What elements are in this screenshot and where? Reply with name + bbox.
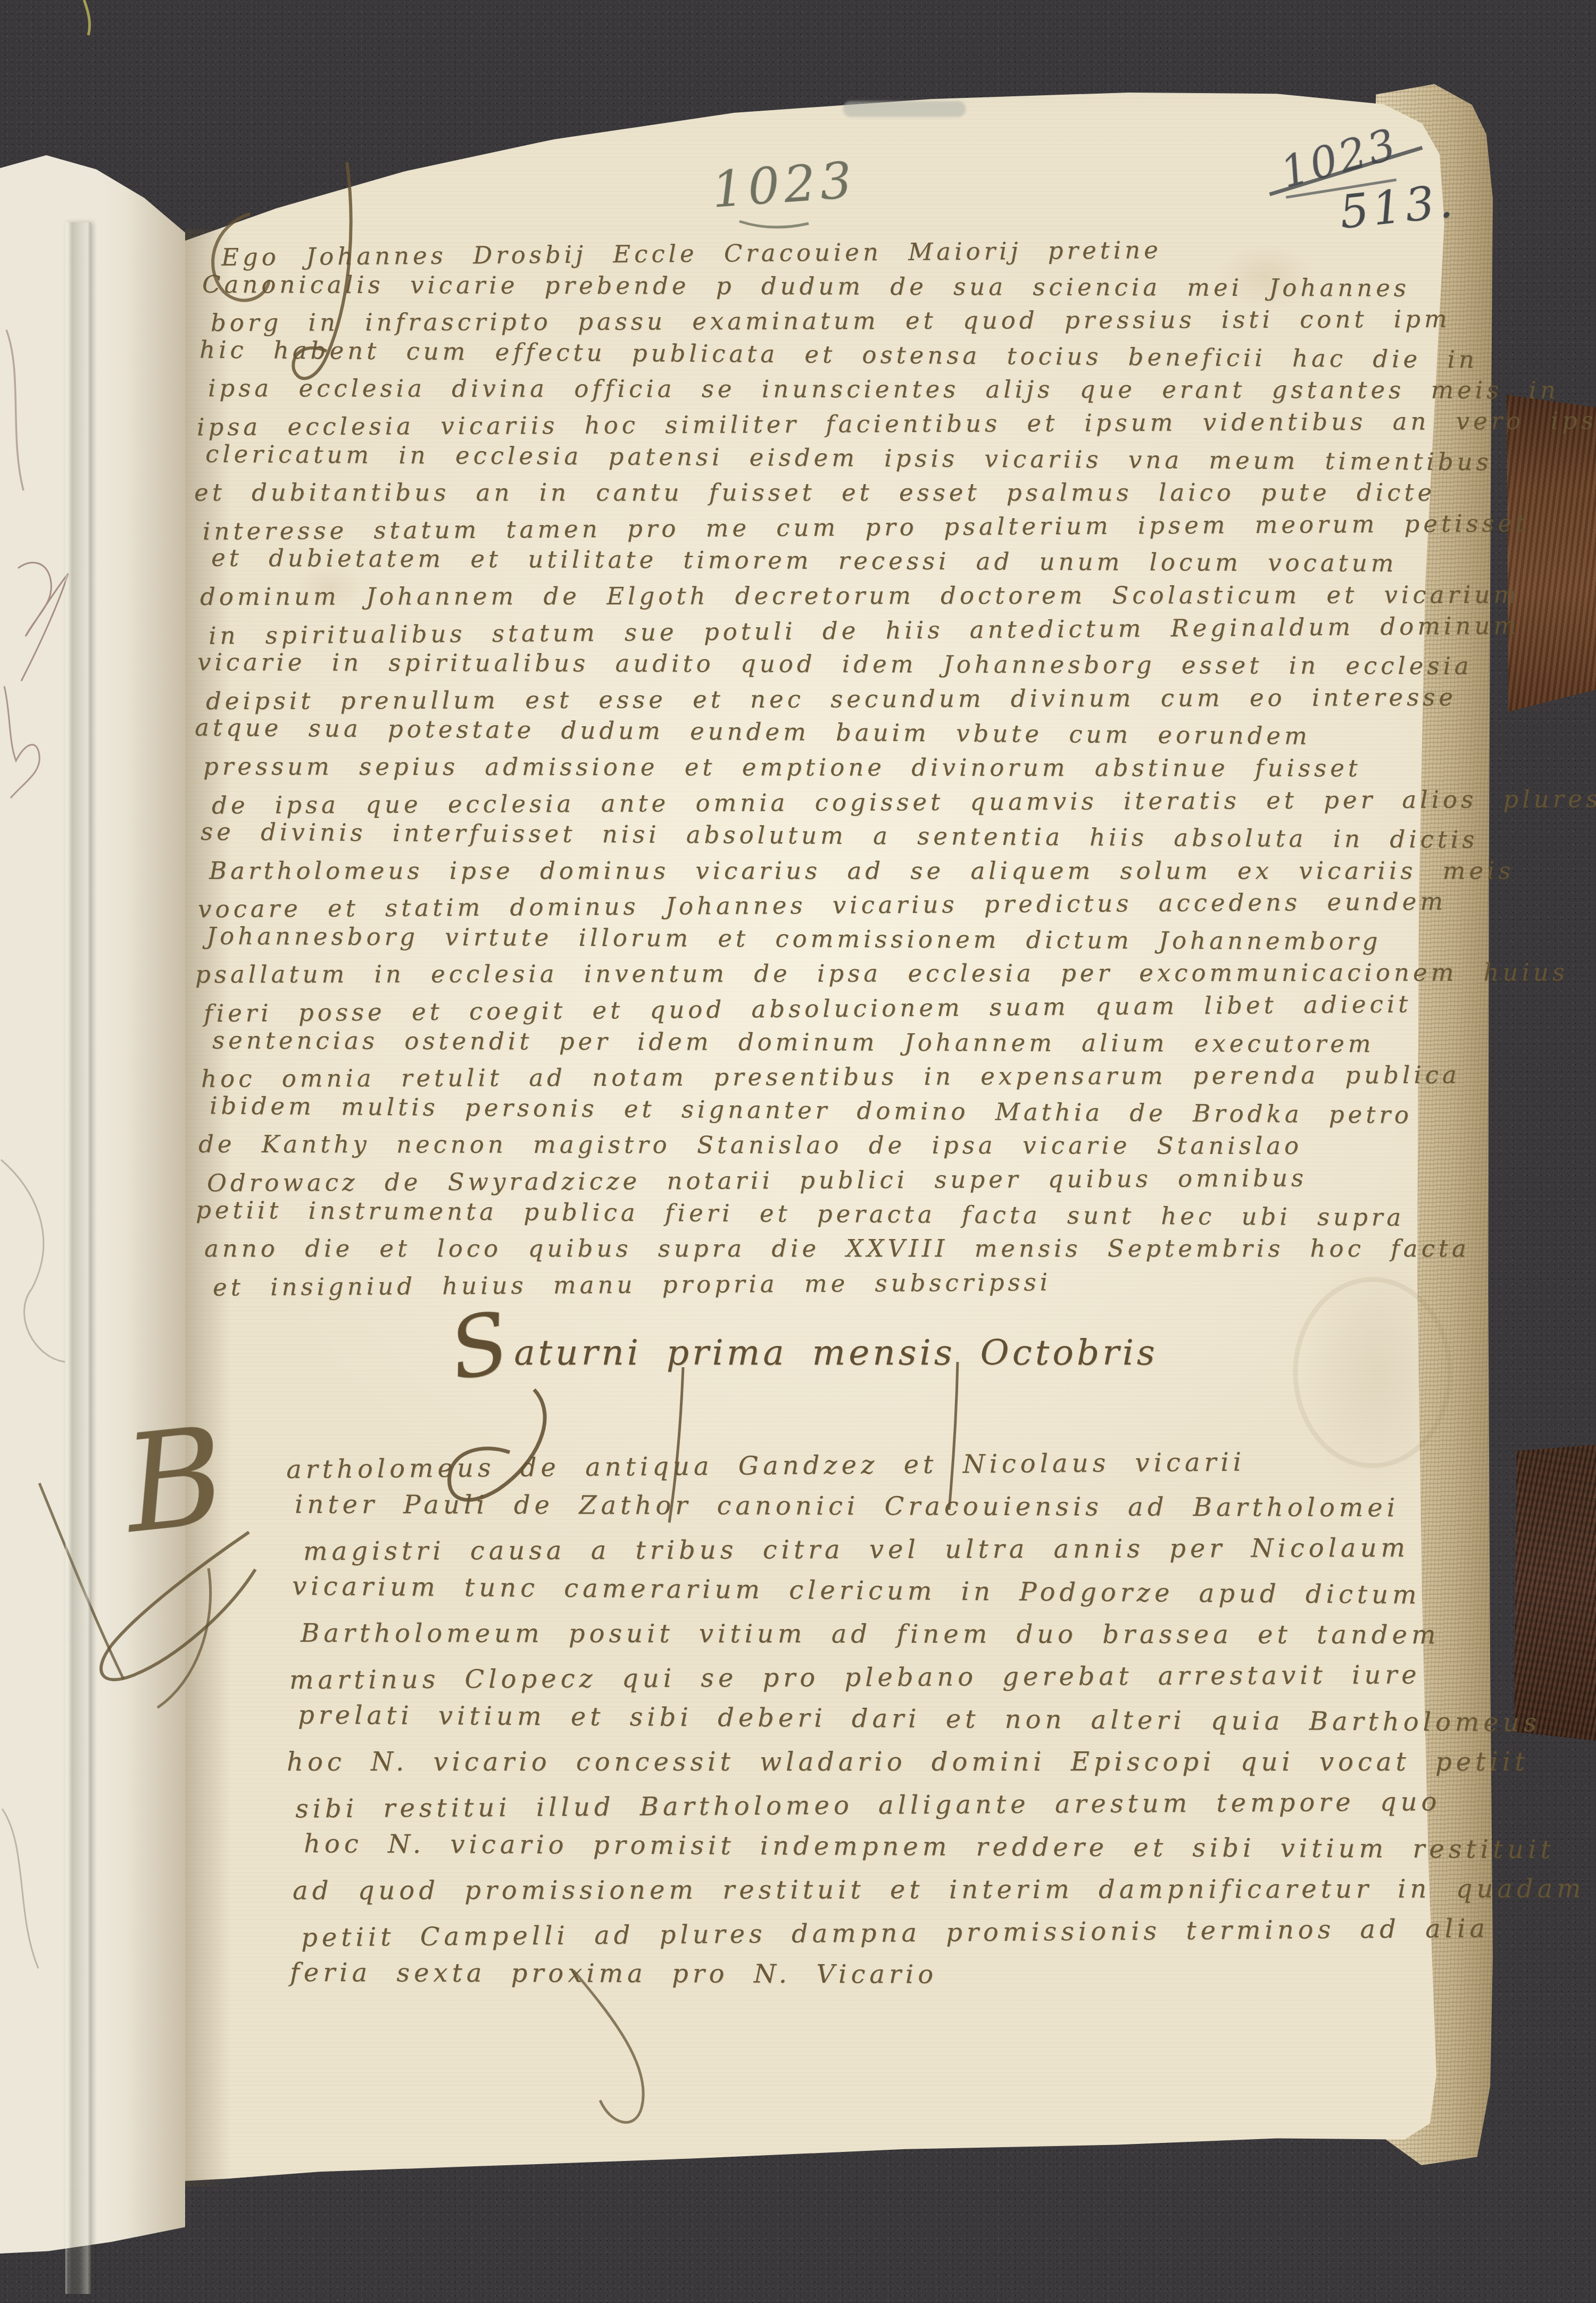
section-heading: S aturni prima mensis Octobris	[451, 1310, 1158, 1390]
manuscript-line: et insigniud huius manu propria me subsc…	[213, 1261, 1596, 1304]
manuscript-line: prelati vitium et sibi deberi dari et no…	[298, 1694, 1596, 1745]
manuscript-line: pressum sepius admissione et emptione di…	[203, 750, 1596, 786]
glass-weight-bar	[65, 222, 91, 2294]
heading-text: aturni prima mensis Octobris	[514, 1335, 1158, 1370]
binding-thread	[84, 0, 89, 35]
record-entry-1: Ego Johannes Drosbij Eccle Cracouien Mai…	[203, 235, 1596, 1300]
manuscript-line: inter Pauli de Zathor canonici Cracouien…	[295, 1483, 1596, 1530]
initial-capital-b: B	[119, 1412, 230, 1550]
manuscript-line: vicarium tunc camerarium clericum in Pod…	[292, 1565, 1596, 1619]
manuscript-line: Bartholomeus ipse dominus vicarius ad se…	[209, 854, 1596, 888]
manuscript-line: martinus Clopecz qui se pro plebano gere…	[289, 1652, 1596, 1702]
manuscript-line: psallatum in ecclesia inventum de ipsa e…	[195, 955, 1596, 992]
manuscript-line: ad quod promissionem restituit et interi…	[293, 1867, 1596, 1912]
manuscript-line: anno die et loco quibus supra die XXVIII…	[204, 1232, 1596, 1266]
manuscript-line: ipsa ecclesia divina officia se inunscie…	[208, 371, 1596, 408]
page-number-handwritten: 1023	[710, 156, 858, 216]
manuscript-line: petiit instrumenta publica fieri et pera…	[196, 1193, 1596, 1236]
manuscript-line: clericatum in ecclesia patensi eisdem ip…	[205, 437, 1596, 480]
manuscript-line: et dubietatem et utilitate timorem reces…	[211, 541, 1596, 582]
manuscript-line: magistri causa a tribus citra vel ultra …	[303, 1526, 1596, 1573]
manuscript-line: sentencias ostendit per idem dominum Joh…	[212, 1023, 1596, 1062]
manuscript-line: vicarie in spiritualibus audito quod ide…	[197, 645, 1596, 684]
manuscript-line: Johannesborg virtute illorum et commissi…	[206, 919, 1596, 960]
manuscript-line: hoc N. vicario concessit wladario domini…	[287, 1741, 1596, 1783]
manuscript-line: dominum Johannem de Elgoth decretorum do…	[200, 578, 1596, 614]
record-entry-2: artholomeus de antiqua Gandzez et Nicola…	[296, 1443, 1596, 1996]
manuscript-line: hoc N. vicario promisit indempnem redder…	[304, 1823, 1596, 1872]
manuscript-line: de Kanthy necnon magistro Stanislao de i…	[198, 1127, 1596, 1164]
manuscript-line: artholomeus de antiqua Gandzez et Nicola…	[286, 1437, 1596, 1491]
page-edge-repair-patch	[843, 101, 966, 117]
manuscript-line: se divinis interfuisset nisi absolutum a…	[201, 815, 1596, 858]
manuscript-line: petiit Campelli ad plures dampna promiss…	[301, 1906, 1596, 1959]
manuscript-line: sibi restitui illud Bartholomeo alligant…	[295, 1779, 1596, 1831]
heading-initial-capital: S	[444, 1302, 515, 1391]
manuscript-line: Canonicalis vicarie prebende p dudum de …	[202, 267, 1596, 306]
folio-number: 513.	[1337, 178, 1458, 236]
manuscript-line: et dubitantibus an in cantu fuisset et e…	[194, 476, 1596, 510]
manuscript-photo: 1023 1023 513. Ego Johannes Drosbij Eccl…	[0, 0, 1596, 2303]
facing-page	[0, 0, 185, 2303]
manuscript-line: feria sexta proxima pro N. Vicario	[290, 1951, 1596, 1998]
manuscript-line: Bartholomeum posuit vitium ad finem duo …	[301, 1612, 1596, 1657]
